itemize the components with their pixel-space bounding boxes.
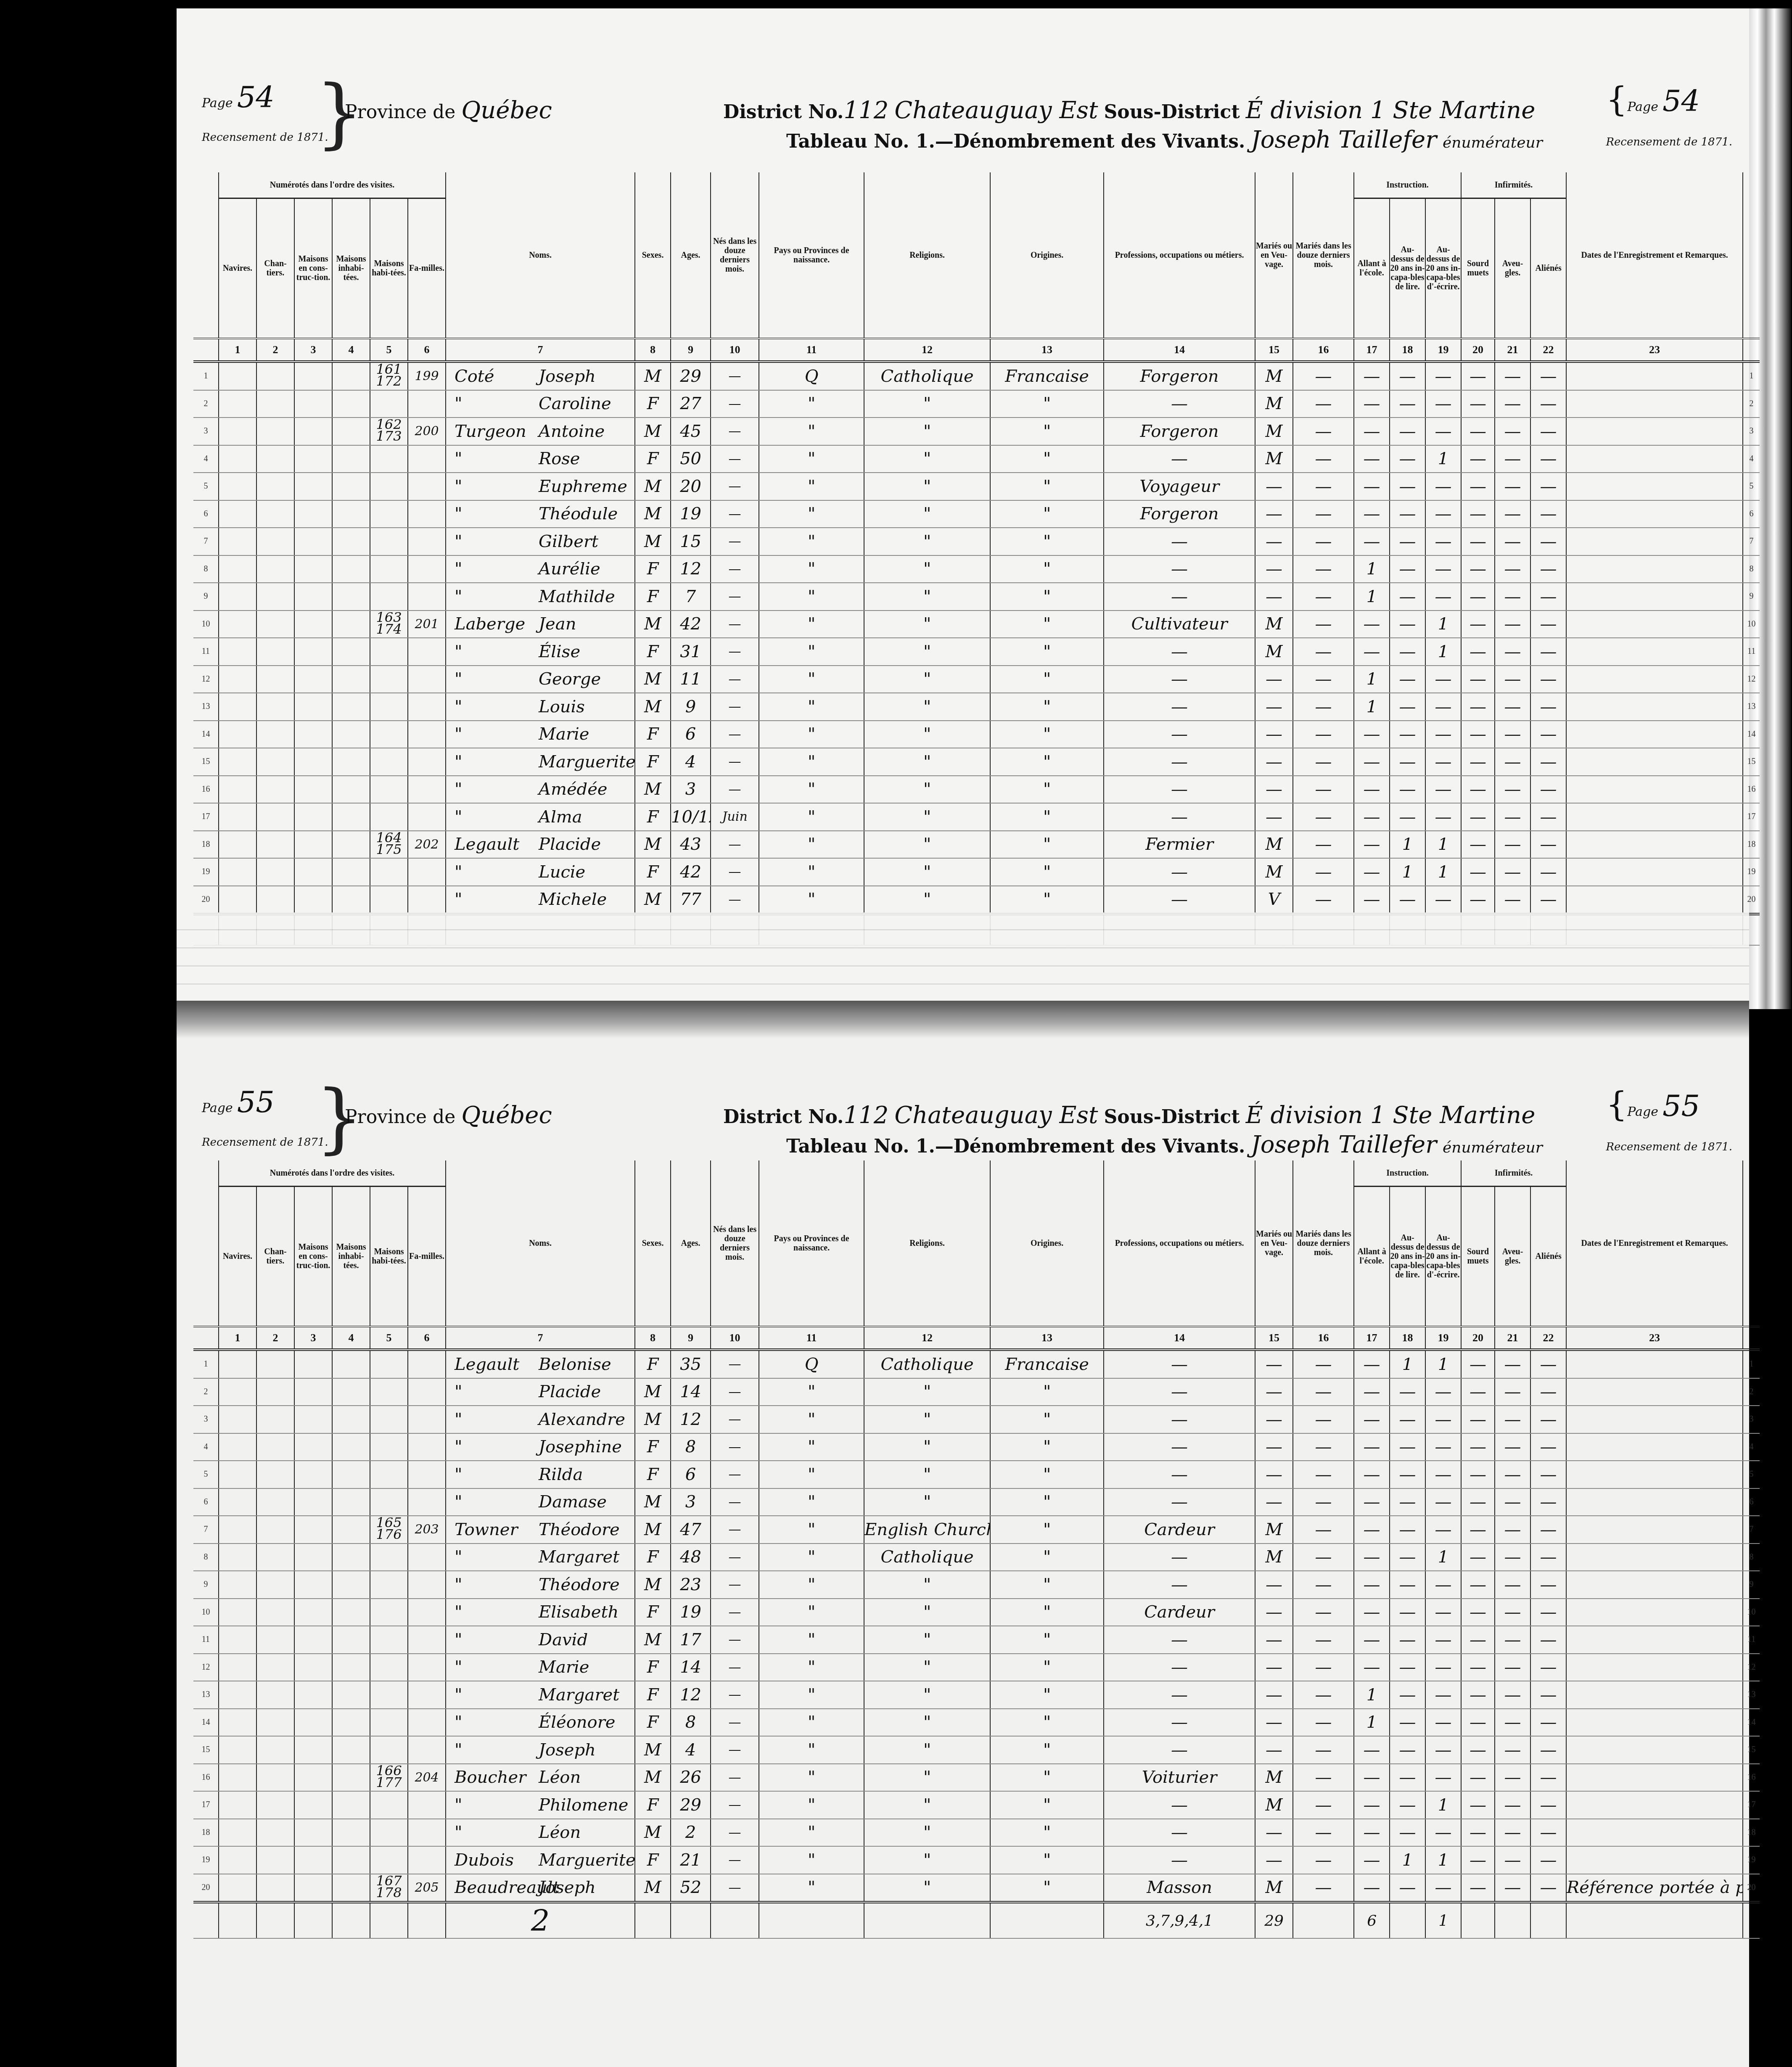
navires-cell: [219, 1488, 256, 1516]
remarks-cell: [1566, 776, 1743, 804]
page-number-left: Page54 Recensement de 1871.: [202, 80, 328, 144]
cannot-write-cell: 1: [1425, 1544, 1461, 1571]
maisons-inhabitees-cell: [332, 1791, 370, 1819]
surname: ": [455, 1685, 539, 1705]
surname: ": [455, 1823, 539, 1842]
blind-cell: —: [1495, 776, 1530, 804]
maisons-construction-cell: [294, 1681, 332, 1709]
age-cell: 11: [671, 666, 711, 693]
line-number-left: 10: [193, 1599, 219, 1626]
chantiers-cell: [256, 500, 294, 528]
given-name: Euphreme: [539, 477, 627, 496]
navires-cell: [219, 1791, 256, 1819]
birthplace-cell: ": [759, 1819, 864, 1847]
married-12-months-cell: —: [1293, 390, 1354, 418]
name-cell: "George: [446, 666, 635, 693]
line-number-left: 16: [193, 776, 219, 804]
maisons-construction-cell: [294, 528, 332, 555]
religion-cell: ": [864, 803, 990, 831]
sex-cell: M: [635, 1488, 671, 1516]
line-number-right: 18: [1743, 831, 1760, 859]
birthplace-cell: ": [759, 1874, 864, 1903]
born-12-months-cell: —: [711, 886, 759, 915]
name-cell: "Aurélie: [446, 555, 635, 583]
table-row: 14"MarieF6—"""—————————14: [193, 721, 1760, 748]
maisons-habitees-cell: [370, 1626, 408, 1654]
cannot-write-cell: 1: [1425, 1350, 1461, 1378]
dwelling-number: 177: [376, 1776, 402, 1788]
school-cell: —: [1354, 1654, 1390, 1681]
sex-cell: M: [635, 1819, 671, 1847]
maisons-construction-cell: [294, 1654, 332, 1681]
maisons-habitees-cell: [370, 1736, 408, 1764]
profession-cell: —: [1104, 555, 1255, 583]
given-name: Théodore: [539, 1520, 620, 1539]
maisons-inhabitees-cell: [332, 776, 370, 804]
cannot-write-cell: —: [1425, 1571, 1461, 1599]
age-cell: 14: [671, 1654, 711, 1681]
chantiers-cell: [256, 1846, 294, 1874]
profession-cell: Voiturier: [1104, 1764, 1255, 1792]
remarks-cell: [1566, 362, 1743, 390]
blind-cell: —: [1495, 1516, 1530, 1544]
religion-cell: ": [864, 1571, 990, 1599]
dwelling-number: 176: [376, 1528, 402, 1540]
born-12-months-cell: —: [711, 555, 759, 583]
birthplace-cell: ": [759, 721, 864, 748]
chantiers-cell: [256, 1433, 294, 1461]
maisons-inhabitees-cell: [332, 1764, 370, 1792]
married-tally: 29: [1255, 1902, 1293, 1938]
cannot-write-cell: —: [1425, 776, 1461, 804]
insane-cell: —: [1530, 583, 1566, 611]
religion-cell: ": [864, 638, 990, 666]
line-number-left: 17: [193, 1791, 219, 1819]
sex-cell: M: [635, 666, 671, 693]
religion-cell: ": [864, 528, 990, 555]
school-cell: —: [1354, 721, 1390, 748]
origin-cell: ": [990, 418, 1104, 445]
cannot-write-cell: —: [1425, 555, 1461, 583]
school-cell: —: [1354, 831, 1390, 859]
group-numerotes: Numérotés dans l'ordre des visites.: [219, 172, 446, 198]
line-number-right: 16: [1743, 776, 1760, 804]
married-12-months-cell: —: [1293, 1516, 1354, 1544]
married-cell: M: [1255, 445, 1293, 473]
maisons-inhabitees-cell: [332, 693, 370, 721]
cannot-write-cell: —: [1425, 500, 1461, 528]
religion-cell: ": [864, 1681, 990, 1709]
blind-cell: —: [1495, 390, 1530, 418]
married-cell: —: [1255, 1378, 1293, 1406]
insane-cell: —: [1530, 1378, 1566, 1406]
chantiers-cell: [256, 1736, 294, 1764]
census-table-54: Numérotés dans l'ordre des visites. Noms…: [193, 172, 1760, 946]
school-cell: —: [1354, 858, 1390, 886]
blind-cell: —: [1495, 500, 1530, 528]
remarks-cell: [1566, 1433, 1743, 1461]
maisons-construction-cell: [294, 1709, 332, 1737]
navires-cell: [219, 776, 256, 804]
maisons-habitees-cell: [370, 1544, 408, 1571]
remarks-cell: [1566, 500, 1743, 528]
blind-cell: —: [1495, 638, 1530, 666]
age-cell: 12: [671, 555, 711, 583]
age-cell: 43: [671, 831, 711, 859]
sex-cell: F: [635, 721, 671, 748]
line-number-right: 15: [1743, 748, 1760, 776]
name-cell: "Marie: [446, 1654, 635, 1681]
insane-cell: —: [1530, 638, 1566, 666]
maisons-construction-cell: [294, 555, 332, 583]
given-name: David: [539, 1630, 588, 1649]
navires-cell: [219, 1571, 256, 1599]
married-12-months-cell: —: [1293, 473, 1354, 500]
name-cell: "Damase: [446, 1488, 635, 1516]
given-name: Léon: [539, 1768, 581, 1787]
profession-cell: —: [1104, 748, 1255, 776]
surname: ": [455, 1492, 539, 1512]
cannot-read-cell: —: [1390, 1874, 1425, 1903]
age-cell: 17: [671, 1626, 711, 1654]
birthplace-cell: ": [759, 1516, 864, 1544]
table-row: 2"PlacideM14—"""—————————2: [193, 1378, 1760, 1406]
profession-cell: Cultivateur: [1104, 611, 1255, 638]
familles-cell: [408, 776, 446, 804]
dwelling-number: 178: [376, 1887, 402, 1898]
surname: ": [455, 807, 539, 827]
navires-cell: [219, 362, 256, 390]
insane-cell: —: [1530, 1571, 1566, 1599]
table-row: 7165176203TownerThéodoreM47—"English Chu…: [193, 1516, 1760, 1544]
maisons-construction-cell: [294, 390, 332, 418]
familles-cell: [408, 1654, 446, 1681]
cannot-read-cell: 1: [1390, 831, 1425, 859]
religion-cell: ": [864, 831, 990, 859]
line-number-left: 17: [193, 803, 219, 831]
cannot-read-cell: —: [1390, 611, 1425, 638]
married-12-months-cell: —: [1293, 803, 1354, 831]
profession-cell: —: [1104, 1819, 1255, 1847]
sex-cell: F: [635, 748, 671, 776]
name-cell: LegaultPlacide: [446, 831, 635, 859]
cannot-read-cell: —: [1390, 1681, 1425, 1709]
cannot-write-cell: —: [1425, 362, 1461, 390]
origin-cell: ": [990, 776, 1104, 804]
maisons-inhabitees-cell: [332, 886, 370, 915]
profession-cell: —: [1104, 1654, 1255, 1681]
surname: ": [455, 1410, 539, 1429]
age-cell: 19: [671, 1599, 711, 1626]
surname: Towner: [455, 1520, 539, 1539]
surname: ": [455, 1602, 539, 1622]
navires-cell: [219, 528, 256, 555]
sex-cell: M: [635, 1626, 671, 1654]
school-cell: 1: [1354, 555, 1390, 583]
religion-cell: Catholique: [864, 1350, 990, 1378]
origin-cell: ": [990, 445, 1104, 473]
given-name: Placide: [539, 835, 601, 854]
name-cell: "Michele: [446, 886, 635, 915]
table-row: 10163174201LabergeJeanM42—"""Cultivateur…: [193, 611, 1760, 638]
married-12-months-cell: —: [1293, 1433, 1354, 1461]
maisons-construction-cell: [294, 500, 332, 528]
given-name: Rose: [539, 449, 580, 468]
deaf-mute-cell: —: [1461, 611, 1495, 638]
profession-cell: —: [1104, 886, 1255, 915]
given-name: Théodule: [539, 504, 618, 523]
remarks-cell: [1566, 858, 1743, 886]
profession-cell: Masson: [1104, 1874, 1255, 1903]
maisons-habitees-cell: [370, 1846, 408, 1874]
cannot-read-cell: —: [1390, 1378, 1425, 1406]
cannot-read-cell: —: [1390, 1433, 1425, 1461]
navires-cell: [219, 666, 256, 693]
married-cell: —: [1255, 1819, 1293, 1847]
line-number-right: 9: [1743, 583, 1760, 611]
married-12-months-cell: —: [1293, 611, 1354, 638]
familles-cell: [408, 555, 446, 583]
born-12-months-cell: —: [711, 1461, 759, 1488]
blind-cell: —: [1495, 748, 1530, 776]
school-cell: —: [1354, 1544, 1390, 1571]
sex-cell: F: [635, 1433, 671, 1461]
insane-cell: —: [1530, 776, 1566, 804]
familles-cell: [408, 1488, 446, 1516]
maisons-construction-cell: [294, 803, 332, 831]
familles-cell: 199: [408, 362, 446, 390]
maisons-habitees-cell: [370, 500, 408, 528]
dwelling-number: 174: [376, 623, 402, 635]
maisons-inhabitees-cell: [332, 1599, 370, 1626]
name-cell: DuboisMarguerite: [446, 1846, 635, 1874]
profession-cell: —: [1104, 390, 1255, 418]
line-number-left: 14: [193, 721, 219, 748]
cannot-write-cell: 1: [1425, 445, 1461, 473]
cannot-read-cell: —: [1390, 1709, 1425, 1737]
sex-cell: F: [635, 1350, 671, 1378]
cannot-read-cell: —: [1390, 1406, 1425, 1433]
cannot-write-cell: —: [1425, 803, 1461, 831]
sex-cell: M: [635, 362, 671, 390]
navires-cell: [219, 721, 256, 748]
cannot-read-cell: —: [1390, 748, 1425, 776]
maisons-construction-cell: [294, 748, 332, 776]
given-name: Joseph: [539, 1878, 596, 1897]
navires-cell: [219, 1350, 256, 1378]
born-12-months-cell: —: [711, 666, 759, 693]
name-tally: 2: [446, 1902, 635, 1938]
maisons-inhabitees-cell: [332, 1874, 370, 1903]
blind-cell: —: [1495, 1406, 1530, 1433]
cannot-read-cell: —: [1390, 445, 1425, 473]
deaf-mute-cell: —: [1461, 1406, 1495, 1433]
maisons-habitees-cell: [370, 1709, 408, 1737]
maisons-inhabitees-cell: [332, 858, 370, 886]
blind-cell: —: [1495, 831, 1530, 859]
insane-cell: —: [1530, 1654, 1566, 1681]
age-cell: 9: [671, 693, 711, 721]
sex-cell: M: [635, 693, 671, 721]
remarks-cell: [1566, 555, 1743, 583]
dwelling-number: 173: [376, 430, 402, 442]
birthplace-cell: ": [759, 858, 864, 886]
group-infirmites: Infirmités.: [1461, 1160, 1566, 1187]
birthplace-cell: ": [759, 1846, 864, 1874]
origin-cell: ": [990, 1544, 1104, 1571]
given-name: Rilda: [539, 1465, 583, 1484]
line-number-left: 19: [193, 858, 219, 886]
blind-cell: —: [1495, 362, 1530, 390]
cannot-read-cell: 1: [1390, 1350, 1425, 1378]
chantiers-cell: [256, 1516, 294, 1544]
married-12-months-cell: —: [1293, 1736, 1354, 1764]
name-cell: BoucherLéon: [446, 1764, 635, 1792]
name-cell: "Marie: [446, 721, 635, 748]
origin-cell: ": [990, 1626, 1104, 1654]
born-12-months-cell: —: [711, 776, 759, 804]
school-cell: —: [1354, 1350, 1390, 1378]
chantiers-cell: [256, 1626, 294, 1654]
name-cell: "Amédée: [446, 776, 635, 804]
married-cell: —: [1255, 1461, 1293, 1488]
born-12-months-cell: —: [711, 1378, 759, 1406]
born-12-months-cell: —: [711, 500, 759, 528]
group-numerotes: Numérotés dans l'ordre des visites.: [219, 1160, 446, 1187]
navires-cell: [219, 611, 256, 638]
sex-cell: F: [635, 1681, 671, 1709]
line-number-right: 12: [1743, 666, 1760, 693]
sex-cell: M: [635, 1406, 671, 1433]
age-cell: 12: [671, 1406, 711, 1433]
age-cell: 15: [671, 528, 711, 555]
table-row: 1161172199CotéJosephM29—QCatholiqueFranc…: [193, 362, 1760, 390]
line-number-left: 20: [193, 1874, 219, 1903]
insane-cell: —: [1530, 1406, 1566, 1433]
profession-cell: Forgeron: [1104, 500, 1255, 528]
sex-cell: M: [635, 500, 671, 528]
given-name: George: [539, 669, 601, 689]
married-12-months-cell: —: [1293, 528, 1354, 555]
given-name: Alma: [539, 807, 582, 827]
blind-cell: —: [1495, 473, 1530, 500]
surname: ": [455, 532, 539, 551]
remarks-cell: [1566, 611, 1743, 638]
familles-cell: [408, 1378, 446, 1406]
blind-cell: —: [1495, 1599, 1530, 1626]
born-12-months-cell: —: [711, 1736, 759, 1764]
familles-cell: [408, 445, 446, 473]
group-instruction: Instruction.: [1354, 172, 1461, 198]
given-name: Margaret: [539, 1547, 619, 1567]
blind-cell: —: [1495, 1571, 1530, 1599]
navires-cell: [219, 886, 256, 915]
religion-cell: ": [864, 583, 990, 611]
table-row: 13"MargaretF12—"""———1—————13: [193, 1681, 1760, 1709]
surname: ": [455, 697, 539, 716]
maisons-inhabitees-cell: [332, 803, 370, 831]
married-cell: —: [1255, 528, 1293, 555]
born-12-months-cell: —: [711, 693, 759, 721]
married-12-months-cell: —: [1293, 666, 1354, 693]
married-cell: —: [1255, 1350, 1293, 1378]
married-cell: M: [1255, 611, 1293, 638]
married-12-months-cell: —: [1293, 1599, 1354, 1626]
sex-cell: M: [635, 1378, 671, 1406]
sex-cell: M: [635, 528, 671, 555]
school-cell: —: [1354, 886, 1390, 915]
cannot-write-cell: —: [1425, 1406, 1461, 1433]
given-name: Placide: [539, 1382, 601, 1401]
given-name: Lucie: [539, 862, 585, 882]
surname: Legault: [455, 835, 539, 854]
page-fold-shadow: [177, 1001, 1749, 1039]
chantiers-cell: [256, 1488, 294, 1516]
surname: ": [455, 477, 539, 496]
cannot-read-cell: —: [1390, 1764, 1425, 1792]
profession-cell: —: [1104, 1846, 1255, 1874]
maisons-construction-cell: [294, 1736, 332, 1764]
blind-cell: —: [1495, 666, 1530, 693]
remarks-cell: [1566, 831, 1743, 859]
born-12-months-cell: —: [711, 1516, 759, 1544]
surname: ": [455, 504, 539, 523]
birthplace-cell: ": [759, 1709, 864, 1737]
name-cell: "Alma: [446, 803, 635, 831]
origin-cell: ": [990, 1433, 1104, 1461]
table-row: 5"EuphremeM20—"""Voyageur————————5: [193, 473, 1760, 500]
table-row: 8"MargaretF48—"Catholique"—M———1———8: [193, 1544, 1760, 1571]
cannot-write-cell: —: [1425, 1709, 1461, 1737]
maisons-inhabitees-cell: [332, 390, 370, 418]
familles-cell: [408, 1626, 446, 1654]
birthplace-cell: ": [759, 445, 864, 473]
school-cell: —: [1354, 362, 1390, 390]
line-number-left: 3: [193, 418, 219, 445]
navires-cell: [219, 473, 256, 500]
chantiers-cell: [256, 666, 294, 693]
line-number-right: 9: [1743, 1571, 1760, 1599]
cannot-read-cell: —: [1390, 1516, 1425, 1544]
surname: ": [455, 724, 539, 744]
surname: Legault: [455, 1355, 539, 1374]
line-number-right: 17: [1743, 803, 1760, 831]
sex-cell: F: [635, 555, 671, 583]
sex-cell: M: [635, 611, 671, 638]
surname: Laberge: [455, 614, 539, 634]
given-name: Antoine: [539, 422, 605, 441]
married-cell: —: [1255, 666, 1293, 693]
profession-cell: —: [1104, 1681, 1255, 1709]
blind-cell: —: [1495, 1681, 1530, 1709]
married-cell: —: [1255, 693, 1293, 721]
surname: ": [455, 1465, 539, 1484]
cannot-write-cell: 1: [1425, 1791, 1461, 1819]
familles-cell: [408, 693, 446, 721]
blind-cell: —: [1495, 1791, 1530, 1819]
sex-cell: F: [635, 1654, 671, 1681]
age-cell: 19: [671, 500, 711, 528]
surname: ": [455, 1630, 539, 1649]
name-cell: TurgeonAntoine: [446, 418, 635, 445]
sex-cell: F: [635, 803, 671, 831]
line-number-left: 14: [193, 1709, 219, 1737]
navires-cell: [219, 1516, 256, 1544]
cannot-read-cell: —: [1390, 1626, 1425, 1654]
name-cell: "Gilbert: [446, 528, 635, 555]
navires-cell: [219, 748, 256, 776]
maisons-inhabitees-cell: [332, 1516, 370, 1544]
